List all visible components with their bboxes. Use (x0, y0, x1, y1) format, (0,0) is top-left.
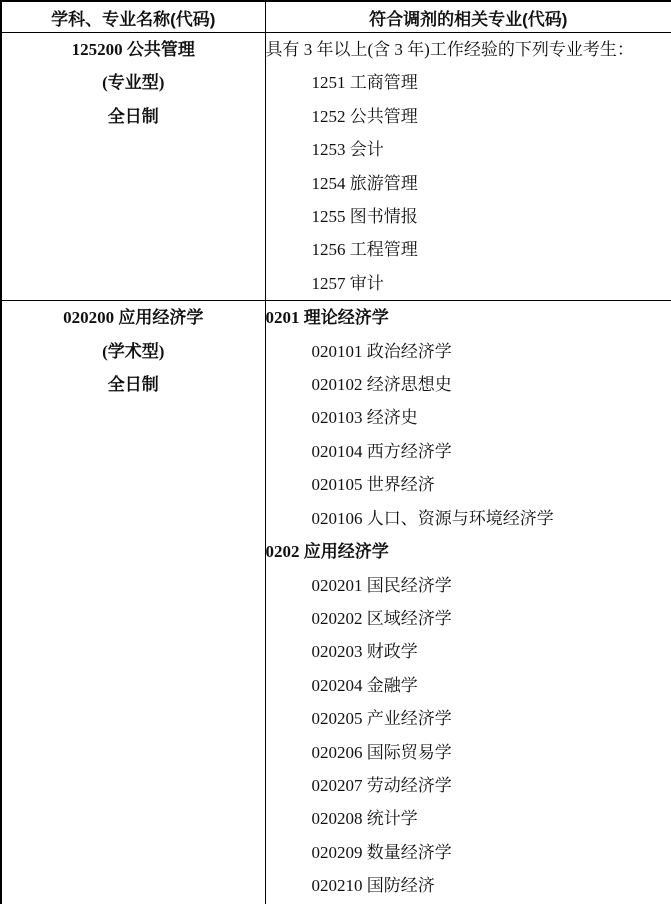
program-line: 125200 公共管理 (2, 33, 265, 66)
related-major-line-item: 020203 财政学 (266, 635, 671, 668)
related-major-line-item: 1257 审计 (266, 267, 671, 300)
related-major-line-group: 0201 理论经济学 (266, 301, 671, 334)
related-major-line-item: 1255 图书情报 (266, 200, 671, 233)
related-major-line-item: 020201 国民经济学 (266, 569, 671, 602)
program-line: 020200 应用经济学 (2, 301, 265, 334)
related-major-line-item: 020204 金融学 (266, 669, 671, 702)
table-row: 125200 公共管理(专业型)全日制具有 3 年以上(含 3 年)工作经验的下… (1, 33, 671, 301)
related-major-line-item: 020105 世界经济 (266, 468, 671, 501)
related-major-line-item: 020102 经济思想史 (266, 368, 671, 401)
header-col-related-majors: 符合调剂的相关专业(代码) (265, 1, 671, 33)
related-major-line-item: 1252 公共管理 (266, 100, 671, 133)
related-major-line-item: 1253 会计 (266, 133, 671, 166)
related-major-line-item: 020209 数量经济学 (266, 836, 671, 869)
related-major-line-item: 020106 人口、资源与环境经济学 (266, 502, 671, 535)
related-majors-cell: 具有 3 年以上(含 3 年)工作经验的下列专业考生：1251 工商管理1252… (265, 33, 671, 301)
related-major-line-item: 020207 劳动经济学 (266, 769, 671, 802)
related-major-line-item: 1256 工程管理 (266, 233, 671, 266)
related-major-line-item: 1251 工商管理 (266, 66, 671, 99)
program-line: 全日制 (2, 368, 265, 401)
related-major-line-intro: 具有 3 年以上(含 3 年)工作经验的下列专业考生： (266, 33, 671, 66)
header-col-program: 学科、专业名称(代码) (1, 1, 265, 33)
header-row: 学科、专业名称(代码) 符合调剂的相关专业(代码) (1, 1, 671, 33)
related-major-line-item: 020104 西方经济学 (266, 435, 671, 468)
related-major-line-item: 1254 旅游管理 (266, 167, 671, 200)
related-major-line-item: 020210 国防经济 (266, 869, 671, 902)
related-major-line-item: 020202 区域经济学 (266, 602, 671, 635)
related-major-line-item: 020103 经济史 (266, 401, 671, 434)
table-row: 020200 应用经济学(学术型)全日制0201 理论经济学020101 政治经… (1, 301, 671, 904)
table-header: 学科、专业名称(代码) 符合调剂的相关专业(代码) (1, 1, 671, 33)
major-adjustment-table: 学科、专业名称(代码) 符合调剂的相关专业(代码) 125200 公共管理(专业… (0, 0, 671, 904)
related-major-line-item: 020206 国际贸易学 (266, 736, 671, 769)
program-line: (学术型) (2, 335, 265, 368)
program-line: (专业型) (2, 66, 265, 99)
related-major-line-item: 020101 政治经济学 (266, 335, 671, 368)
program-cell: 125200 公共管理(专业型)全日制 (1, 33, 265, 301)
table-body: 125200 公共管理(专业型)全日制具有 3 年以上(含 3 年)工作经验的下… (1, 33, 671, 904)
related-major-line-group: 0202 应用经济学 (266, 535, 671, 568)
related-majors-cell: 0201 理论经济学020101 政治经济学020102 经济思想史020103… (265, 301, 671, 904)
related-major-line-item: 020208 统计学 (266, 802, 671, 835)
program-cell: 020200 应用经济学(学术型)全日制 (1, 301, 265, 904)
related-major-line-item: 020205 产业经济学 (266, 702, 671, 735)
program-line: 全日制 (2, 100, 265, 133)
